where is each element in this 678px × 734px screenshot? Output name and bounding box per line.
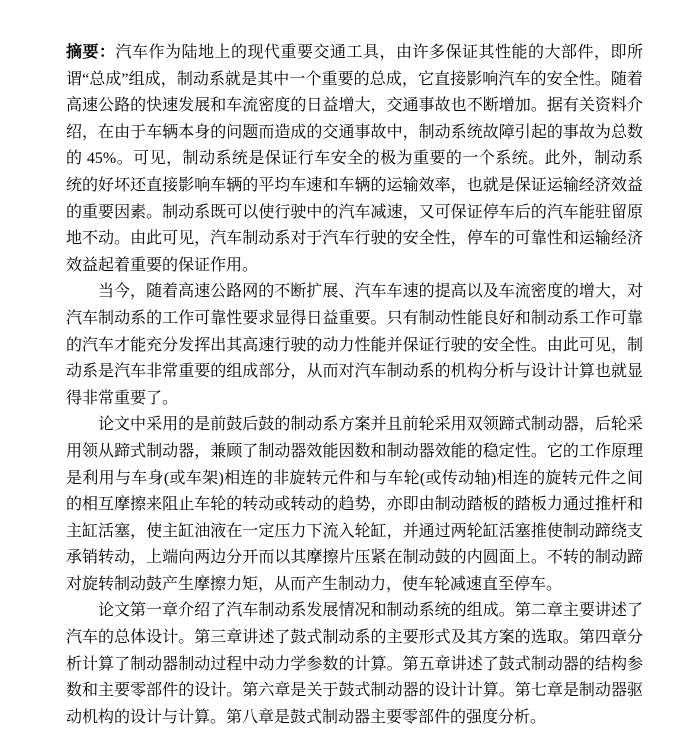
abstract-paragraph-1: 摘要：汽车作为陆地上的现代重要交通工具，由许多保证其性能的大部件，即所谓“总成”… <box>66 40 643 279</box>
document-page: 摘要：汽车作为陆地上的现代重要交通工具，由许多保证其性能的大部件，即所谓“总成”… <box>0 0 678 734</box>
abstract-paragraph-1-text: 汽车作为陆地上的现代重要交通工具，由许多保证其性能的大部件，即所谓“总成”组成，… <box>66 44 643 274</box>
abstract-heading-label: 摘要： <box>66 44 116 61</box>
abstract-paragraph-4: 论文第一章介绍了汽车制动系发展情况和制动系统的组成。第二章主要讲述了汽车的总体设… <box>66 598 643 731</box>
abstract-text-block: 摘要：汽车作为陆地上的现代重要交通工具，由许多保证其性能的大部件，即所谓“总成”… <box>66 40 643 731</box>
abstract-paragraph-2: 当今，随着高速公路网的不断扩展、汽车车速的提高以及车流密度的增大，对汽车制动系的… <box>66 279 643 412</box>
abstract-paragraph-3: 论文中采用的是前鼓后鼓的制动系方案并且前轮采用双领蹄式制动器，后轮采用领从蹄式制… <box>66 412 643 598</box>
